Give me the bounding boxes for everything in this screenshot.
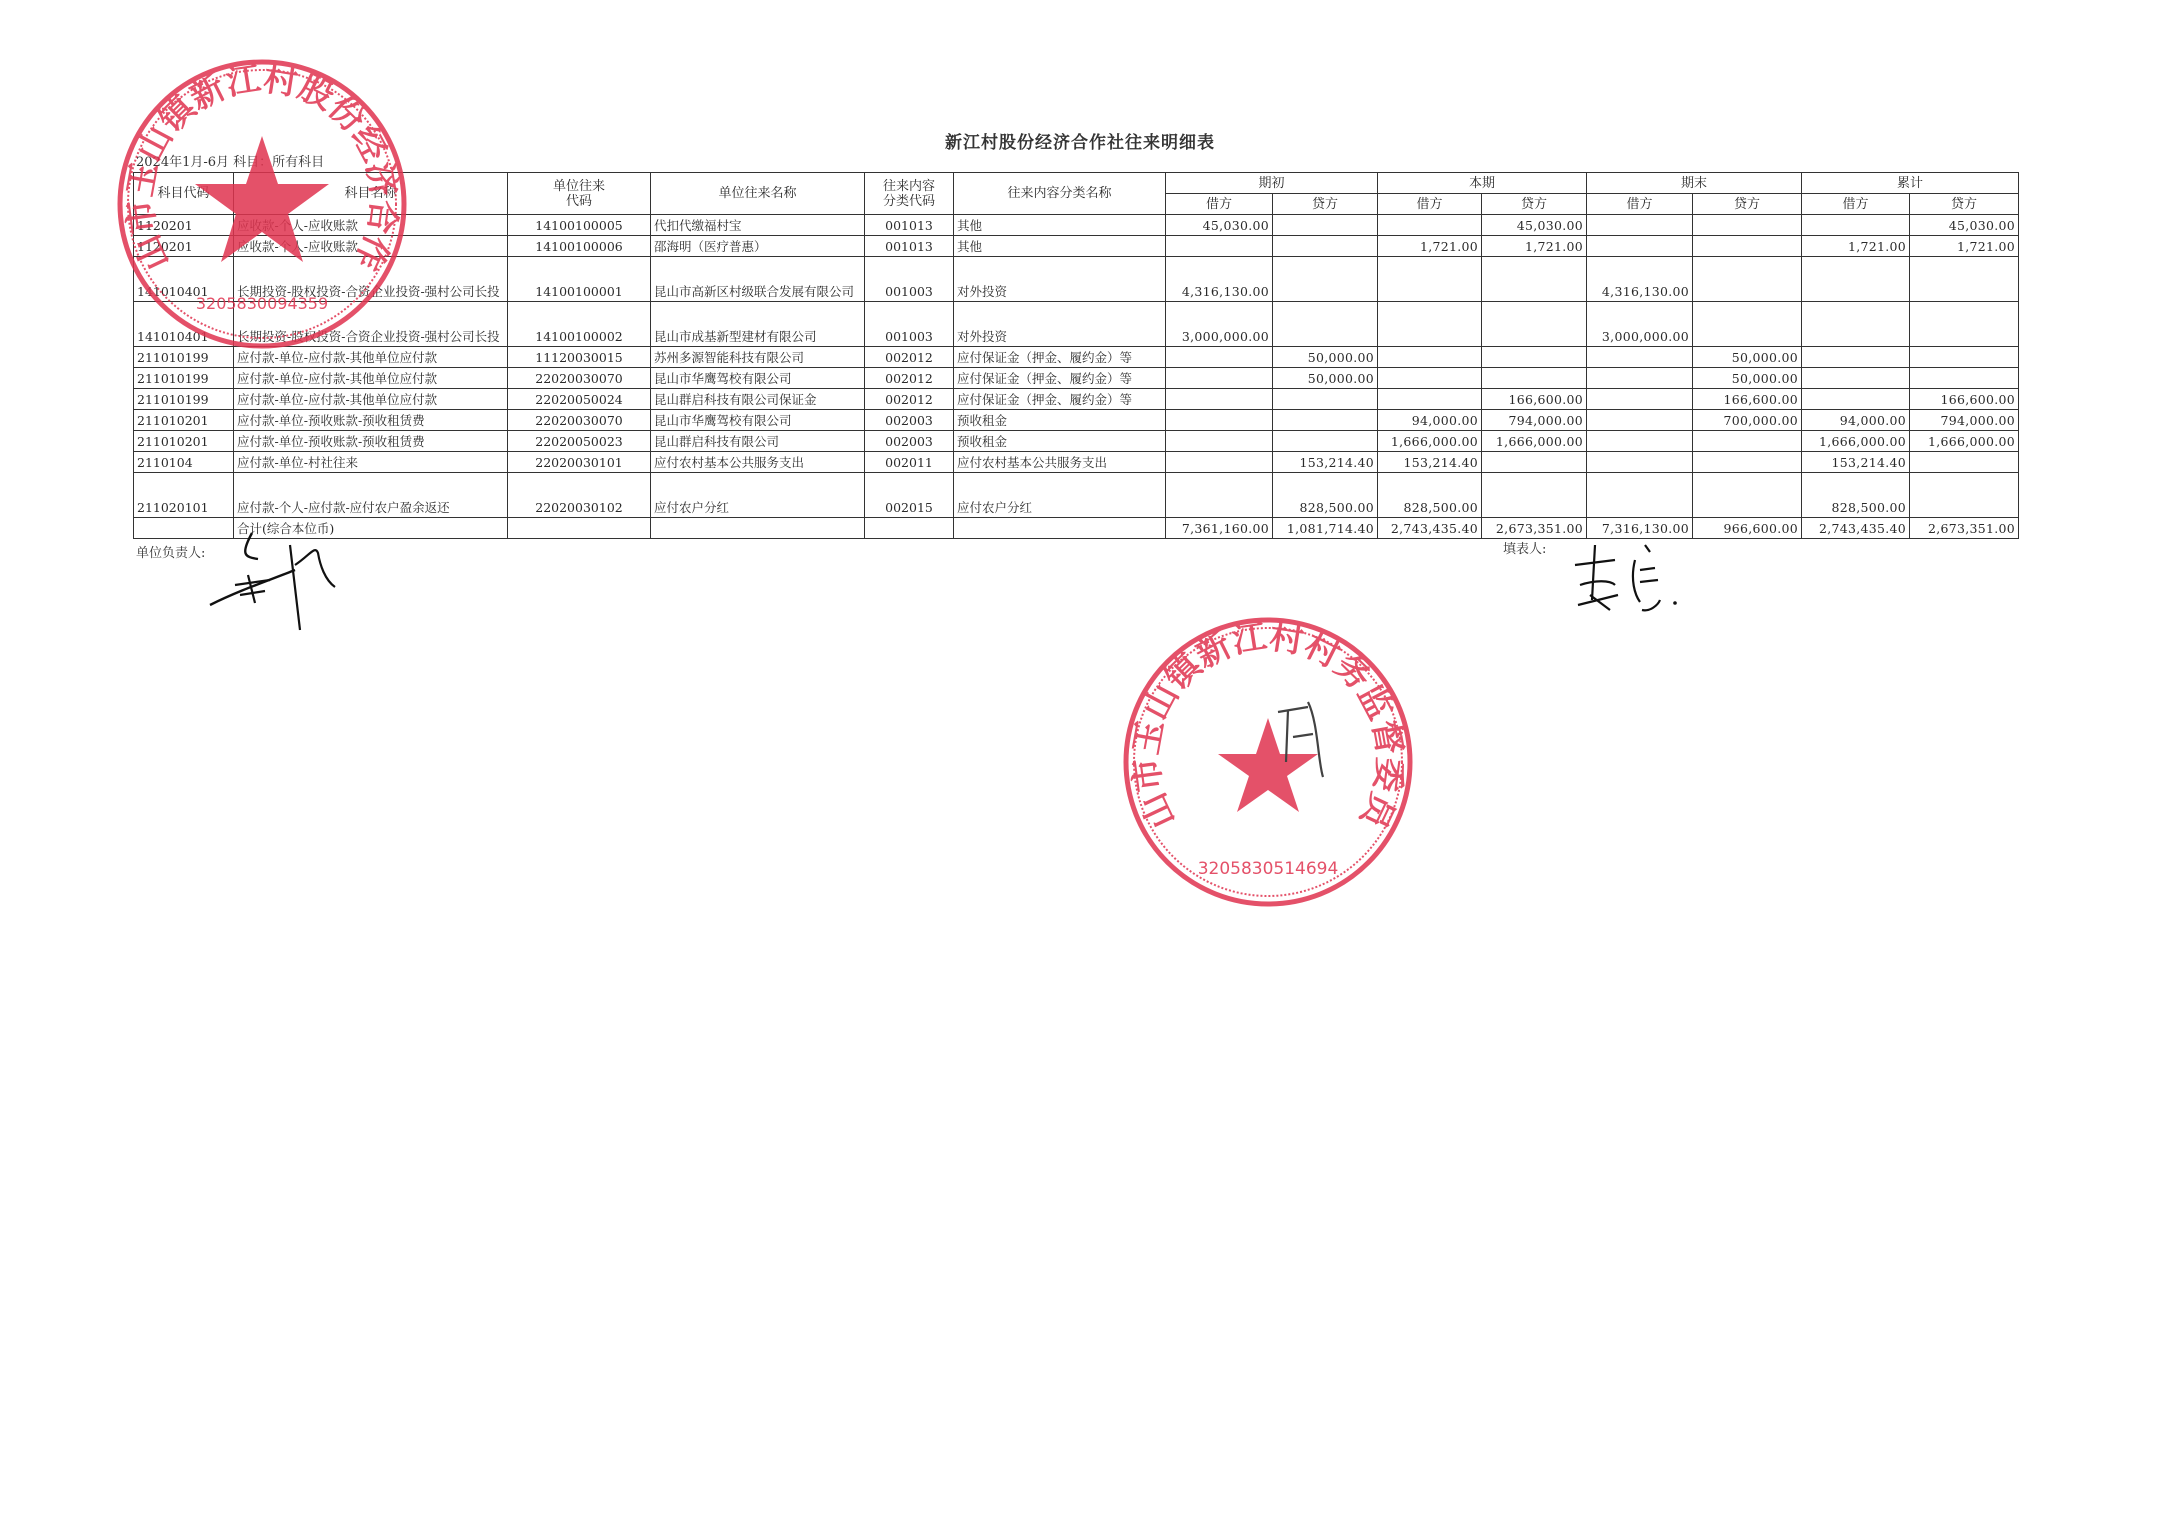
unit-code-cell: 22020050023 — [508, 431, 651, 452]
cum-credit-cell — [1910, 302, 2019, 347]
cur-debit-cell — [1378, 347, 1482, 368]
open-debit-cell: 45,030.00 — [1166, 215, 1273, 236]
cur-credit-cell — [1482, 347, 1587, 368]
open-debit-cell: 3,000,000.00 — [1166, 302, 1273, 347]
cur-debit-cell: 153,214.40 — [1378, 452, 1482, 473]
subject-code-cell: 2110104 — [134, 452, 234, 473]
open-credit-cell — [1273, 431, 1378, 452]
header-debit: 借方 — [1378, 194, 1482, 215]
end-debit-cell — [1587, 236, 1693, 257]
village-committee-seal: 昆山市玉山镇新江村村务监督委员会 3205830514694 — [1118, 612, 1418, 912]
cur-debit-cell: 94,000.00 — [1378, 410, 1482, 431]
end-credit-cell — [1693, 302, 1802, 347]
subject-code-cell: 211010199 — [134, 389, 234, 410]
end-credit-cell — [1693, 452, 1802, 473]
empty-cell — [954, 518, 1166, 539]
end-debit-cell — [1587, 347, 1693, 368]
content-code-cell: 002011 — [865, 452, 954, 473]
preparer-label: 填表人: — [1503, 538, 1546, 557]
unit-name-cell: 邵海明（医疗普惠） — [651, 236, 865, 257]
end-debit-cell — [1587, 473, 1693, 518]
table-row: 211010201应付款-单位-预收账款-预收租赁费22020030070昆山市… — [134, 410, 2019, 431]
open-debit-cell — [1166, 389, 1273, 410]
total-cum-debit-cell: 2,743,435.40 — [1802, 518, 1910, 539]
table-row: 141010401长期投资-股权投资-合资企业投资-强村公司长投14100100… — [134, 257, 2019, 302]
table-row: 211010199应付款-单位-应付款-其他单位应付款22020050024昆山… — [134, 389, 2019, 410]
end-credit-cell — [1693, 431, 1802, 452]
end-debit-cell: 4,316,130.00 — [1587, 257, 1693, 302]
end-debit-cell: 3,000,000.00 — [1587, 302, 1693, 347]
content-code-cell: 001013 — [865, 215, 954, 236]
subject-name-cell: 应付款-单位-预收账款-预收租赁费 — [234, 410, 508, 431]
subject-code-cell: 211010201 — [134, 431, 234, 452]
header-credit: 贷方 — [1273, 194, 1378, 215]
content-name-cell: 其他 — [954, 215, 1166, 236]
header-group-ending: 期末 — [1587, 173, 1802, 194]
cum-debit-cell — [1802, 368, 1910, 389]
content-code-cell: 002003 — [865, 410, 954, 431]
cur-credit-cell — [1482, 257, 1587, 302]
subject-code-cell: 211020101 — [134, 473, 234, 518]
cur-credit-cell — [1482, 452, 1587, 473]
cum-credit-cell — [1910, 473, 2019, 518]
header-credit: 贷方 — [1910, 194, 2019, 215]
open-debit-cell — [1166, 473, 1273, 518]
header-credit: 贷方 — [1482, 194, 1587, 215]
end-credit-cell — [1693, 215, 1802, 236]
header-group-cumulative: 累计 — [1802, 173, 2019, 194]
header-content-name: 往来内容分类名称 — [954, 173, 1166, 215]
end-credit-cell — [1693, 473, 1802, 518]
cur-debit-cell — [1378, 257, 1482, 302]
cum-debit-cell: 1,721.00 — [1802, 236, 1910, 257]
cum-debit-cell: 1,666,000.00 — [1802, 431, 1910, 452]
open-debit-cell — [1166, 236, 1273, 257]
unit-name-cell: 昆山群启科技有限公司保证金 — [651, 389, 865, 410]
end-credit-cell: 166,600.00 — [1693, 389, 1802, 410]
cur-credit-cell: 1,721.00 — [1482, 236, 1587, 257]
unit-code-cell: 14100100001 — [508, 257, 651, 302]
end-debit-cell — [1587, 452, 1693, 473]
open-credit-cell — [1273, 389, 1378, 410]
unit-code-cell: 14100100002 — [508, 302, 651, 347]
cum-debit-cell — [1802, 215, 1910, 236]
subject-name-cell: 应付款-单位-村社往来 — [234, 452, 508, 473]
cur-credit-cell — [1482, 368, 1587, 389]
table-row: 1120201应收款-个人-应收账款14100100006邵海明（医疗普惠）00… — [134, 236, 2019, 257]
cur-debit-cell: 1,666,000.00 — [1378, 431, 1482, 452]
unit-name-cell: 昆山市成基新型建材有限公司 — [651, 302, 865, 347]
empty-cell — [651, 518, 865, 539]
open-debit-cell — [1166, 347, 1273, 368]
open-credit-cell: 50,000.00 — [1273, 368, 1378, 389]
cum-credit-cell — [1910, 257, 2019, 302]
subject-code-cell: 211010201 — [134, 410, 234, 431]
empty-cell — [508, 518, 651, 539]
table-row: 2110104应付款-单位-村社往来22020030101应付农村基本公共服务支… — [134, 452, 2019, 473]
open-debit-cell — [1166, 410, 1273, 431]
unit-code-cell: 14100100006 — [508, 236, 651, 257]
header-content-code: 往来内容分类代码 — [865, 173, 954, 215]
open-debit-cell — [1166, 368, 1273, 389]
unit-code-cell: 22020030070 — [508, 368, 651, 389]
total-end-debit-cell: 7,316,130.00 — [1587, 518, 1693, 539]
unit-name-cell: 苏州多源智能科技有限公司 — [651, 347, 865, 368]
open-credit-cell: 828,500.00 — [1273, 473, 1378, 518]
open-credit-cell — [1273, 302, 1378, 347]
open-credit-cell — [1273, 215, 1378, 236]
cum-credit-cell — [1910, 452, 2019, 473]
cur-debit-cell — [1378, 389, 1482, 410]
cum-credit-cell: 166,600.00 — [1910, 389, 2019, 410]
header-unit-name: 单位往来名称 — [651, 173, 865, 215]
unit-name-cell: 应付农户分红 — [651, 473, 865, 518]
seal-code: 3205830094359 — [196, 294, 328, 313]
open-credit-cell — [1273, 257, 1378, 302]
open-credit-cell — [1273, 410, 1378, 431]
seal-code: 3205830514694 — [1198, 859, 1339, 879]
unit-head-label: 单位负责人: — [136, 542, 205, 561]
open-credit-cell: 50,000.00 — [1273, 347, 1378, 368]
total-open-debit-cell: 7,361,160.00 — [1166, 518, 1273, 539]
cur-debit-cell — [1378, 302, 1482, 347]
cum-credit-cell: 1,666,000.00 — [1910, 431, 2019, 452]
cum-credit-cell: 794,000.00 — [1910, 410, 2019, 431]
subject-code-cell: 211010199 — [134, 368, 234, 389]
subject-name-cell: 应付款-单位-预收账款-预收租赁费 — [234, 431, 508, 452]
cur-credit-cell: 166,600.00 — [1482, 389, 1587, 410]
svg-text:昆山市玉山镇新江村村务监督委员会: 昆山市玉山镇新江村村务监督委员会 — [1118, 612, 1410, 837]
cur-credit-cell: 45,030.00 — [1482, 215, 1587, 236]
end-debit-cell — [1587, 389, 1693, 410]
cur-debit-cell: 828,500.00 — [1378, 473, 1482, 518]
header-debit: 借方 — [1587, 194, 1693, 215]
cur-credit-cell — [1482, 473, 1587, 518]
total-cur-debit-cell: 2,743,435.40 — [1378, 518, 1482, 539]
open-debit-cell: 4,316,130.00 — [1166, 257, 1273, 302]
unit-code-cell: 22020030101 — [508, 452, 651, 473]
empty-cell — [865, 518, 954, 539]
subject-name-cell: 应付款-单位-应付款-其他单位应付款 — [234, 368, 508, 389]
end-credit-cell: 700,000.00 — [1693, 410, 1802, 431]
content-name-cell: 其他 — [954, 236, 1166, 257]
cum-credit-cell: 1,721.00 — [1910, 236, 2019, 257]
cum-debit-cell — [1802, 257, 1910, 302]
content-code-cell: 001013 — [865, 236, 954, 257]
table-row: 1120201应收款-个人-应收账款14100100005代扣代缴福村宝0010… — [134, 215, 2019, 236]
header-debit: 借方 — [1166, 194, 1273, 215]
total-cum-credit-cell: 2,673,351.00 — [1910, 518, 2019, 539]
open-debit-cell — [1166, 452, 1273, 473]
unit-code-cell: 22020030070 — [508, 410, 651, 431]
total-row: 合计(综合本位币)7,361,160.001,081,714.402,743,4… — [134, 518, 2019, 539]
seal-text: 昆山市玉山镇新江村村务监督委员会 — [1118, 612, 1410, 837]
unit-name-cell: 昆山市华鹰驾校有限公司 — [651, 410, 865, 431]
cur-credit-cell: 1,666,000.00 — [1482, 431, 1587, 452]
unit-code-cell: 22020030102 — [508, 473, 651, 518]
header-group-current: 本期 — [1378, 173, 1587, 194]
header-unit-code: 单位往来代码 — [508, 173, 651, 215]
content-name-cell: 应付保证金（押金、履约金）等 — [954, 389, 1166, 410]
preparer-signature — [1570, 540, 1690, 615]
content-name-cell: 应付保证金（押金、履约金）等 — [954, 368, 1166, 389]
content-name-cell: 应付农户分红 — [954, 473, 1166, 518]
end-debit-cell — [1587, 431, 1693, 452]
header-credit: 贷方 — [1693, 194, 1802, 215]
end-credit-cell: 50,000.00 — [1693, 368, 1802, 389]
content-code-cell: 002012 — [865, 347, 954, 368]
header-debit: 借方 — [1802, 194, 1910, 215]
content-name-cell: 应付农村基本公共服务支出 — [954, 452, 1166, 473]
cur-debit-cell — [1378, 215, 1482, 236]
end-debit-cell — [1587, 368, 1693, 389]
ledger-table: 科目代码 科目名称 单位往来代码 单位往来名称 往来内容分类代码 往来内容分类名… — [133, 172, 2019, 539]
content-code-cell: 002003 — [865, 431, 954, 452]
unit-name-cell: 应付农村基本公共服务支出 — [651, 452, 865, 473]
end-credit-cell: 50,000.00 — [1693, 347, 1802, 368]
unit-name-cell: 代扣代缴福村宝 — [651, 215, 865, 236]
content-name-cell: 预收租金 — [954, 431, 1166, 452]
unit-name-cell: 昆山市华鹰驾校有限公司 — [651, 368, 865, 389]
unit-code-cell: 11120030015 — [508, 347, 651, 368]
content-name-cell: 对外投资 — [954, 257, 1166, 302]
cum-credit-cell — [1910, 368, 2019, 389]
unit-name-cell: 昆山市高新区村级联合发展有限公司 — [651, 257, 865, 302]
subject-name-cell: 应付款-单位-应付款-其他单位应付款 — [234, 389, 508, 410]
content-name-cell: 预收租金 — [954, 410, 1166, 431]
table-row: 211010201应付款-单位-预收账款-预收租赁费22020050023昆山群… — [134, 431, 2019, 452]
cum-credit-cell: 45,030.00 — [1910, 215, 2019, 236]
content-code-cell: 001003 — [865, 257, 954, 302]
unit-name-cell: 昆山群启科技有限公司 — [651, 431, 865, 452]
subject-name-cell: 应付款-个人-应付款-应付农户盈余返还 — [234, 473, 508, 518]
end-credit-cell — [1693, 236, 1802, 257]
total-open-credit-cell: 1,081,714.40 — [1273, 518, 1378, 539]
open-credit-cell — [1273, 236, 1378, 257]
unit-head-signature — [200, 525, 350, 635]
content-code-cell: 002015 — [865, 473, 954, 518]
cum-debit-cell — [1802, 302, 1910, 347]
cur-debit-cell: 1,721.00 — [1378, 236, 1482, 257]
cum-debit-cell: 94,000.00 — [1802, 410, 1910, 431]
cum-debit-cell: 828,500.00 — [1802, 473, 1910, 518]
open-debit-cell — [1166, 431, 1273, 452]
cur-credit-cell — [1482, 302, 1587, 347]
total-end-credit-cell: 966,600.00 — [1693, 518, 1802, 539]
cooperative-seal: 昆山市玉山镇新江村股份经济合作社 3205830094359 — [112, 54, 412, 354]
unit-code-cell: 14100100005 — [508, 215, 651, 236]
cur-credit-cell: 794,000.00 — [1482, 410, 1587, 431]
open-credit-cell: 153,214.40 — [1273, 452, 1378, 473]
content-name-cell: 对外投资 — [954, 302, 1166, 347]
end-credit-cell — [1693, 257, 1802, 302]
content-code-cell: 002012 — [865, 389, 954, 410]
total-cur-credit-cell: 2,673,351.00 — [1482, 518, 1587, 539]
cur-debit-cell — [1378, 368, 1482, 389]
content-code-cell: 002012 — [865, 368, 954, 389]
cum-debit-cell — [1802, 347, 1910, 368]
table-row: 211020101应付款-个人-应付款-应付农户盈余返还22020030102应… — [134, 473, 2019, 518]
cum-debit-cell: 153,214.40 — [1802, 452, 1910, 473]
table-row: 211010199应付款-单位-应付款-其他单位应付款22020030070昆山… — [134, 368, 2019, 389]
cum-credit-cell — [1910, 347, 2019, 368]
header-group-opening: 期初 — [1166, 173, 1378, 194]
table-row: 211010199应付款-单位-应付款-其他单位应付款11120030015苏州… — [134, 347, 2019, 368]
cum-debit-cell — [1802, 389, 1910, 410]
unit-code-cell: 22020050024 — [508, 389, 651, 410]
content-name-cell: 应付保证金（押金、履约金）等 — [954, 347, 1166, 368]
table-row: 141010401长期投资-股权投资-合资企业投资-强村公司长投14100100… — [134, 302, 2019, 347]
content-code-cell: 001003 — [865, 302, 954, 347]
end-debit-cell — [1587, 410, 1693, 431]
end-debit-cell — [1587, 215, 1693, 236]
